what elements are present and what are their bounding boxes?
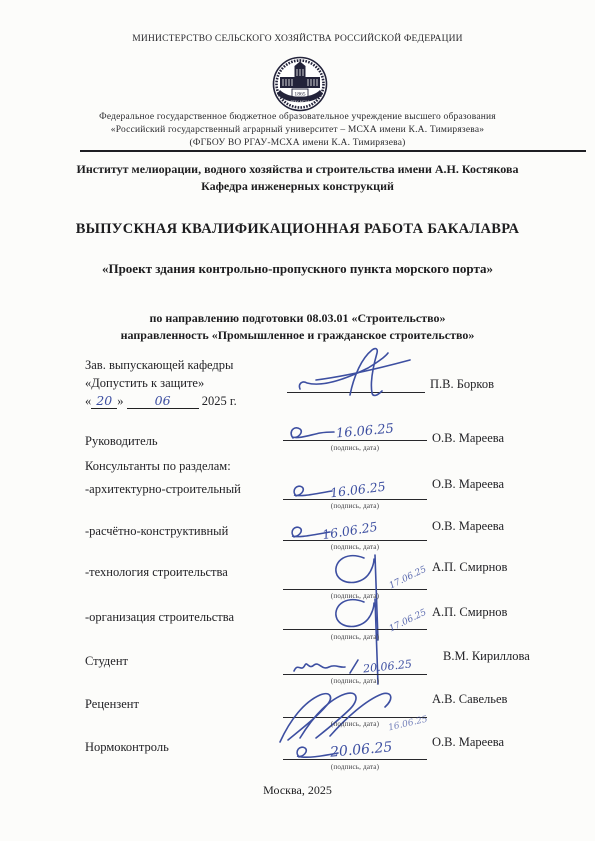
head-signature-handwriting <box>292 347 422 397</box>
row-date-handwritten: 17.06.25 <box>388 608 428 635</box>
supervisor-signature-line <box>283 440 427 441</box>
row-signature-handwriting <box>289 483 334 500</box>
row-signature-line <box>283 759 427 760</box>
row-signature-line <box>283 540 427 541</box>
admit-to-defense-text: «Допустить к защите» <box>85 376 204 391</box>
emblem-ribbon-text: РГАУ-МСХА <box>291 100 311 104</box>
head-signature-line <box>287 392 425 393</box>
program-line2: направленность «Промышленное и гражданск… <box>0 328 595 343</box>
signature-caption: (подпись, дата) <box>283 444 427 452</box>
org-line1: Федеральное государственное бюджетное об… <box>0 112 595 122</box>
row-name: О.В. Мареева <box>432 477 504 492</box>
row-date-handwritten: 16.06.25 <box>329 479 386 501</box>
city-year: Москва, 2025 <box>0 783 595 798</box>
emblem-year: 1865 <box>294 91 305 97</box>
row-signature-line <box>283 589 427 590</box>
thesis-title-page: МИНИСТЕРСТВО СЕЛЬСКОГО ХОЗЯЙСТВА РОССИЙС… <box>0 0 595 841</box>
quote-close: » <box>117 394 123 408</box>
row-signature-line <box>283 629 427 630</box>
org-line2: «Российский государственный аграрный уни… <box>0 125 595 135</box>
row-date-handwritten: 17.06.25 <box>388 565 428 592</box>
row-date-handwritten: 20.06.25 <box>329 739 393 760</box>
row-date-handwritten: 16.06.25 <box>321 519 378 543</box>
head-of-department-role: Зав. выпускающей кафедры <box>85 358 233 373</box>
row-signature-line <box>283 499 427 500</box>
approval-date-line: «20» 06 2025 г. <box>85 393 237 409</box>
row-role: -организация строительства <box>85 610 234 625</box>
department-name: Кафедра инженерных конструкций <box>0 179 595 194</box>
signature-caption: (подпись, дата) <box>283 677 427 685</box>
row-role: -расчётно-конструктивный <box>85 524 228 539</box>
row-role: -технология строительства <box>85 565 228 580</box>
signature-caption: (подпись, дата) <box>283 592 427 600</box>
signature-caption: (подпись, дата) <box>283 502 427 510</box>
signature-caption: (подпись, дата) <box>283 720 427 728</box>
thesis-title: «Проект здания контрольно-пропускного пу… <box>72 259 523 280</box>
row-role: Студент <box>85 654 128 669</box>
ministry-heading: МИНИСТЕРСТВО СЕЛЬСКОГО ХОЗЯЙСТВА РОССИЙС… <box>0 34 595 44</box>
row-name: О.В. Мареева <box>432 735 504 750</box>
row-name: А.В. Савельев <box>432 692 507 707</box>
program-line1: по направлению подготовки 08.03.01 «Стро… <box>0 311 595 326</box>
approval-month-handwritten: 06 <box>127 393 199 409</box>
row-name: А.П. Смирнов <box>432 560 507 575</box>
work-type-title: ВЫПУСКНАЯ КВАЛИФИКАЦИОННАЯ РАБОТА БАКАЛА… <box>0 221 595 238</box>
row-role: -архитектурно-строительный <box>85 482 241 497</box>
row-date-handwritten: 20.06.25 <box>362 657 412 675</box>
signature-caption: (подпись, дата) <box>283 543 427 551</box>
consultants-heading: Консультанты по разделам: <box>85 459 231 474</box>
supervisor-role: Руководитель <box>85 434 158 449</box>
row-signature-line <box>283 717 427 718</box>
header-rule <box>80 150 586 152</box>
approval-day-handwritten: 20 <box>91 393 117 409</box>
signature-caption: (подпись, дата) <box>283 633 427 641</box>
institute-name: Институт мелиорации, водного хозяйства и… <box>0 162 595 177</box>
row-signature-line <box>283 674 427 675</box>
university-emblem-icon: 1865 РГАУ-МСХА <box>268 56 332 114</box>
supervisor-name: О.В. Мареева <box>432 431 504 446</box>
row-role: Рецензент <box>85 697 139 712</box>
row-role: Нормоконтроль <box>85 740 169 755</box>
org-line3: (ФГБОУ ВО РГАУ-МСХА имени К.А. Тимирязев… <box>0 138 595 148</box>
signature-caption: (подпись, дата) <box>283 763 427 771</box>
row-name: В.М. Кириллова <box>443 649 530 664</box>
approval-year: 2025 г. <box>202 394 237 408</box>
supervisor-date-handwritten: 16.06.25 <box>335 422 394 442</box>
head-name: П.В. Борков <box>430 377 494 392</box>
row-name: О.В. Мареева <box>432 519 504 534</box>
row-name: А.П. Смирнов <box>432 605 507 620</box>
